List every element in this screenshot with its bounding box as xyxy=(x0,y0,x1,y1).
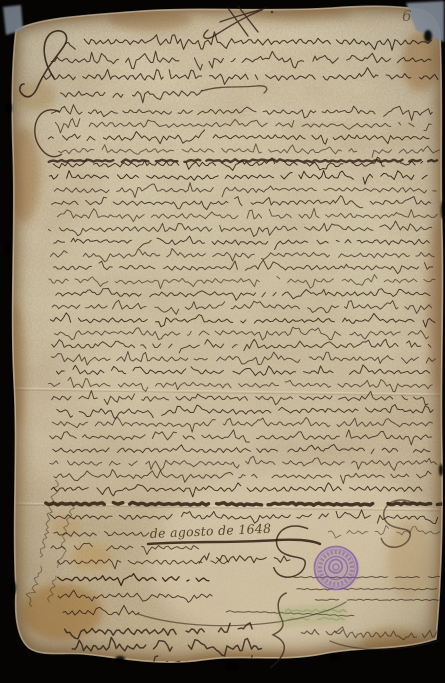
photo-vignette xyxy=(0,0,445,683)
photograph-background: 6 de agosto de 1648 xyxy=(0,0,445,683)
manuscript-photo: 6 de agosto de 1648 xyxy=(0,0,445,683)
